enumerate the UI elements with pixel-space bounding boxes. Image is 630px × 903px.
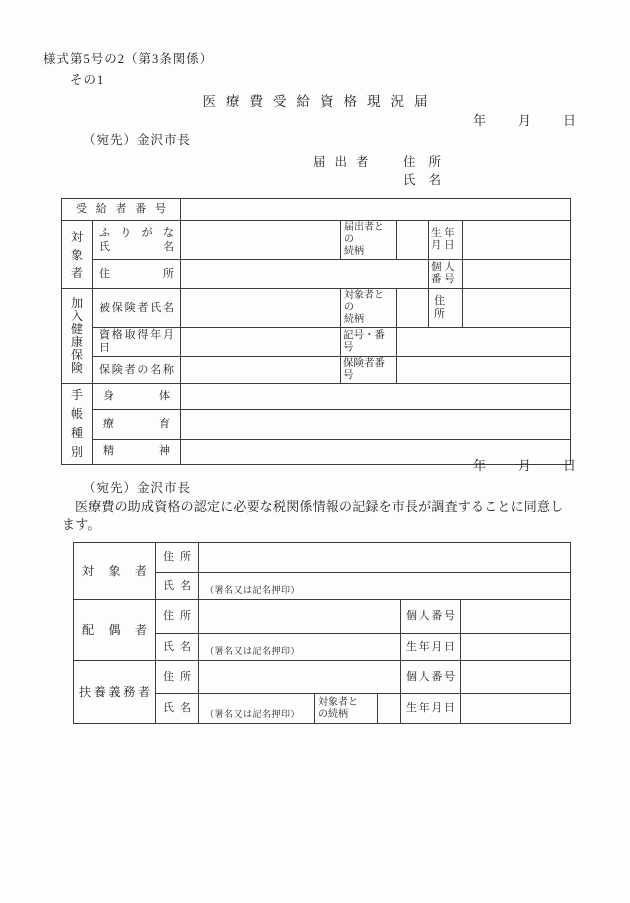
spouse-address-label: 住所 [156,600,199,634]
acquisition-date-label: 資格取得年月日 [93,328,181,357]
dependent-birth-date-label: 生年月日 [401,694,461,724]
dependent-relation-label: 対象者と の続柄 [315,694,378,724]
dependent-personal-number-label: 個人番号 [401,661,461,694]
insured-address-label: 住 所 [429,289,463,328]
signature-note: （署名又は記名押印） [205,709,300,719]
spouse-name-label: 氏名 [156,634,199,661]
day-label: 日 [563,110,576,129]
consent-table: 対象者 住所 氏名 （署名又は記名押印） 配偶者 住所 個人番号 氏名 [73,542,571,724]
symbol-number-label: 記号・番号 [341,328,397,357]
document-title: 医療費受給資格現況届 [0,90,630,110]
spouse-name-value: （署名又は記名押印） [199,634,401,661]
subject-address-value [199,543,571,573]
name-label: 氏名 [99,240,174,254]
signature-note: （署名又は記名押印） [205,585,300,595]
insured-name-value [181,289,341,328]
group-subject: 対象者 [74,543,156,600]
physical-value [181,384,571,410]
group-health-insurance: 加入健康保険 [62,289,93,384]
group-spouse: 配偶者 [74,600,156,661]
insurer-name-value [181,357,341,384]
dependent-relation-value [378,694,401,724]
dependent-birth-date-value [461,694,571,724]
physical-label: 身体 [93,384,181,410]
spouse-address-value [199,600,401,634]
relation-to-subject-label: 対象者との 続柄 [341,289,397,328]
subject-address-label: 住所 [93,260,181,289]
birth-date-label: 生 年 月 日 [429,221,463,260]
recipient-number-value [181,199,571,221]
personal-number-value [463,260,571,289]
document-page: 様式第5号の2（第3条関係） その1 医療費受給資格現況届 年 月 日 （宛先）… [0,0,630,903]
form-code: 様式第5号の2（第3条関係） [43,49,213,67]
declarant-address-label: 住所 [403,152,454,170]
insured-address-value [463,289,571,328]
date-line-top: 年 月 日 [473,110,576,129]
declarant-name-label: 氏名 [403,170,454,188]
dependent-address-label: 住所 [156,661,199,694]
mental-label: 精神 [93,439,181,464]
dependent-address-value [199,661,401,694]
insurer-name-label: 保険者の名称 [93,357,181,384]
recipient-number-label: 受給者番号 [62,199,181,221]
group-dependent: 扶養義務者 [74,661,156,724]
year-label: 年 [473,110,486,129]
form-part: その1 [70,70,104,88]
consent-text: 医療費の助成資格の認定に必要な税関係情報の記録を市長が調査することに同意します。 [62,498,569,534]
month-label: 月 [518,110,531,129]
day-label: 日 [563,455,576,474]
group-subject: 対象者 [62,221,93,289]
spouse-birth-date-label: 生年月日 [401,634,461,661]
declarant-label: 届出者 [313,152,378,170]
personal-number-label: 個 人 番 号 [429,260,463,289]
furigana-name-value [181,221,341,260]
rehabilitation-label: 療育 [93,410,181,439]
subject-address-value [181,260,429,289]
insurer-number-value [397,357,571,384]
addressee-consent: （宛先）金沢市長 [83,478,191,496]
rehabilitation-value [181,410,571,439]
relation-to-declarant-value [397,221,429,260]
dependent-personal-number-value [461,661,571,694]
insured-name-label: 被保険者氏名 [93,289,181,328]
eligibility-table: 受給者番号 対象者 ふりがな 氏名 届出者との 続柄 生 年 月 日 住所 個 … [61,198,571,465]
dependent-name-label: 氏名 [156,694,199,724]
relation-to-declarant-label: 届出者との 続柄 [341,221,397,260]
subject-address-label: 住所 [156,543,199,573]
birth-date-value [463,221,571,260]
signature-note: （署名又は記名押印） [205,646,300,656]
month-label: 月 [518,455,531,474]
spouse-birth-date-value [461,634,571,661]
relation-to-subject-value [397,289,429,328]
addressee-top: （宛先）金沢市長 [83,130,191,148]
furigana-name-label: ふりがな 氏名 [93,221,181,260]
subject-name-label: 氏名 [156,573,199,600]
insurer-number-label: 保険者番号 [341,357,397,384]
dependent-name-value: （署名又は記名押印） [199,694,315,724]
group-notebook-type: 手帳種別 [62,384,93,465]
date-line-consent: 年 月 日 [473,455,576,474]
spouse-personal-number-label: 個人番号 [401,600,461,634]
year-label: 年 [473,455,486,474]
acquisition-date-value [181,328,341,357]
spouse-personal-number-value [461,600,571,634]
subject-name-value: （署名又は記名押印） [199,573,571,600]
symbol-number-value [397,328,571,357]
furigana-label: ふりがな [99,226,174,240]
